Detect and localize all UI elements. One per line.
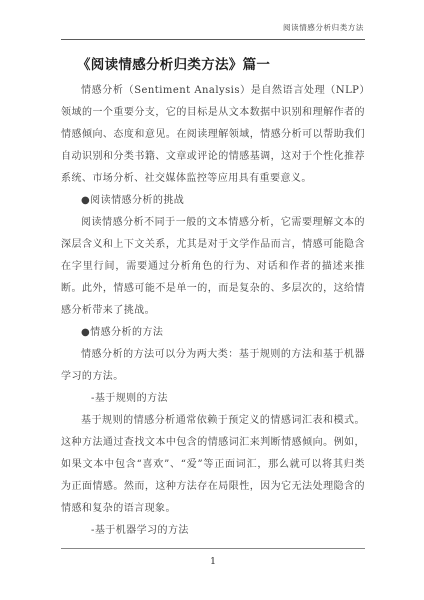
subsection-heading-rule-based: -基于规则的方法 — [61, 388, 365, 410]
section-heading-challenges: ●阅读情感分析的挑战 — [61, 190, 365, 212]
section-heading-methods: ●情感分析的方法 — [61, 322, 365, 344]
running-title: 阅读情感分析归类方法 — [283, 22, 364, 33]
subsection-heading-machine-learning: -基于机器学习的方法 — [61, 520, 365, 542]
document-body: 情感分析（Sentiment Analysis）是自然语言处理（NLP）领域的一… — [61, 80, 365, 542]
document-page: 阅读情感分析归类方法 《阅读情感分析归类方法》篇一 情感分析（Sentiment… — [0, 0, 424, 600]
paragraph-challenges: 阅读情感分析不同于一般的文本情感分析，它需要理解文本的深层含义和上下文关系，尤其… — [61, 212, 365, 322]
document-content: 《阅读情感分析归类方法》篇一 情感分析（Sentiment Analysis）是… — [61, 40, 365, 542]
page-footer: 1 — [61, 548, 365, 568]
paragraph-intro: 情感分析（Sentiment Analysis）是自然语言处理（NLP）领域的一… — [61, 80, 365, 190]
paragraph-rule-based: 基于规则的情感分析通常依赖于预定义的情感词汇表和模式。这种方法通过查找文本中包含… — [61, 410, 365, 520]
paragraph-method-types: 情感分析的方法可以分为两大类：基于规则的方法和基于机器学习的方法。 — [61, 344, 365, 388]
page-header: 阅读情感分析归类方法 — [61, 0, 365, 40]
document-title: 《阅读情感分析归类方法》篇一 — [77, 55, 365, 75]
page-number: 1 — [210, 556, 216, 567]
